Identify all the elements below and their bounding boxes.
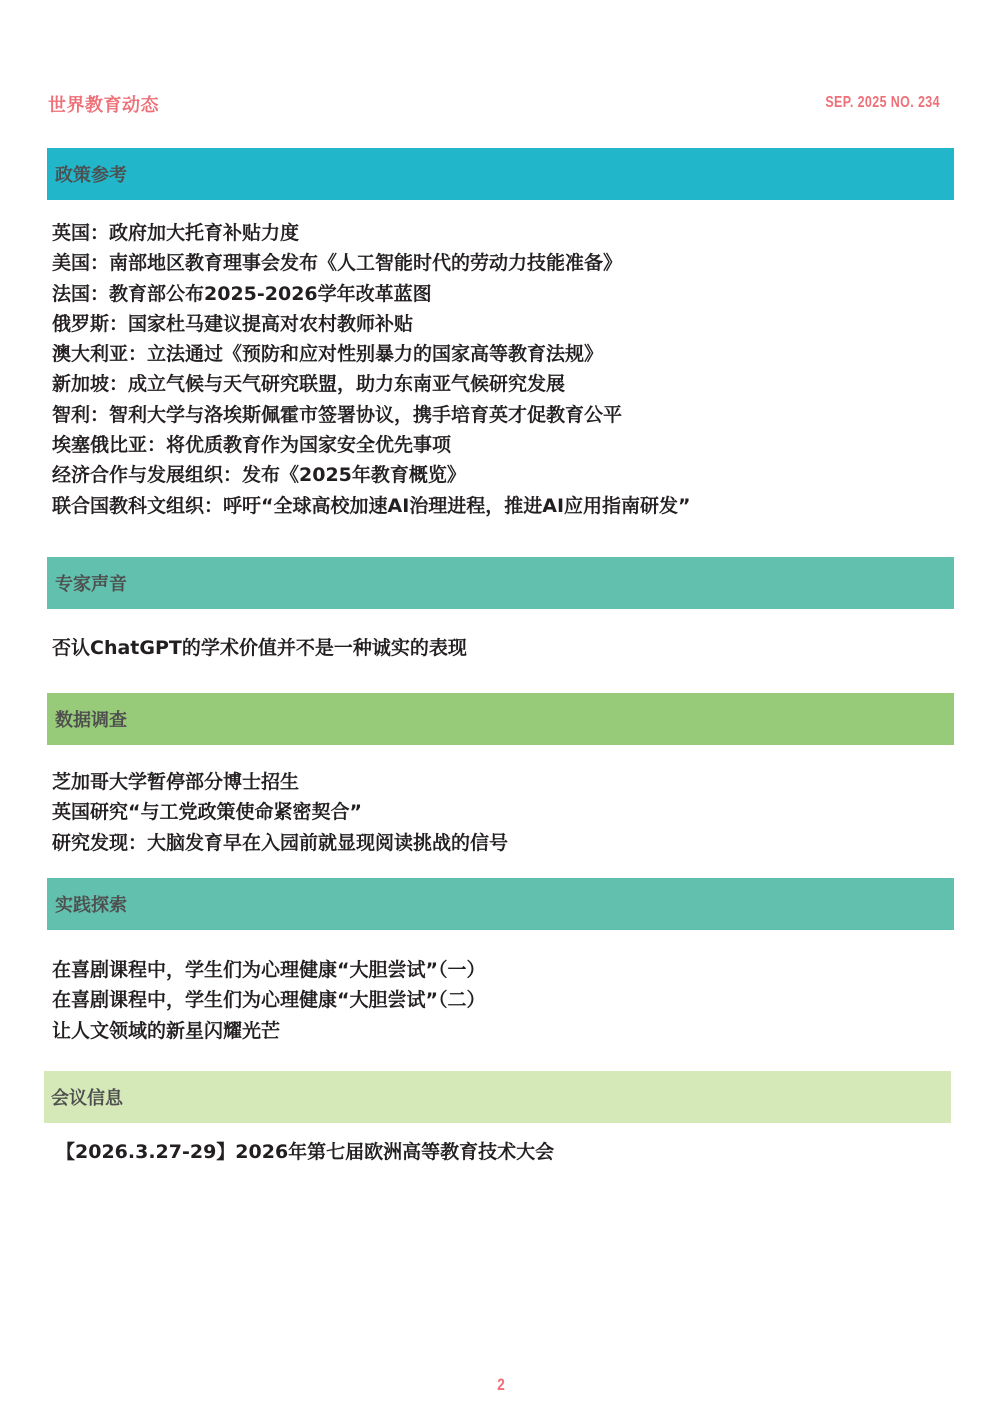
list-item[interactable]: 芝加哥大学暂停部分博士招生 — [52, 767, 508, 797]
list-item[interactable]: 联合国教科文组织：呼吁“全球高校加速AI治理进程，推进AI应用指南研发” — [52, 491, 691, 521]
section-header-practice: 实践探索 — [47, 878, 954, 930]
list-item[interactable]: 埃塞俄比亚：将优质教育作为国家安全优先事项 — [52, 430, 691, 460]
expert-list: 否认ChatGPT的学术价值并不是一种诚实的表现 — [52, 633, 467, 663]
issue-number: SEP. 2025 NO. 234 — [825, 94, 940, 112]
page-number: 2 — [100, 1375, 902, 1395]
list-item[interactable]: 俄罗斯：国家杜马建议提高对农村教师补贴 — [52, 309, 691, 339]
list-item[interactable]: 在喜剧课程中，学生们为心理健康“大胆尝试”（二） — [52, 985, 485, 1015]
section-header-data: 数据调查 — [47, 693, 954, 745]
conference-list: 【2026.3.27-29】2026年第七届欧洲高等教育技术大会 — [56, 1137, 554, 1167]
list-item[interactable]: 智利：智利大学与洛埃斯佩霍市签署协议，携手培育英才促教育公平 — [52, 400, 691, 430]
practice-list: 在喜剧课程中，学生们为心理健康“大胆尝试”（一） 在喜剧课程中，学生们为心理健康… — [52, 955, 485, 1046]
policy-list: 英国：政府加大托育补贴力度 美国：南部地区教育理事会发布《人工智能时代的劳动力技… — [52, 218, 691, 521]
list-item[interactable]: 经济合作与发展组织：发布《2025年教育概览》 — [52, 460, 691, 490]
list-item[interactable]: 美国：南部地区教育理事会发布《人工智能时代的劳动力技能准备》 — [52, 248, 691, 278]
list-item[interactable]: 法国：教育部公布2025-2026学年改革蓝图 — [52, 279, 691, 309]
list-item[interactable]: 研究发现：大脑发育早在入园前就显现阅读挑战的信号 — [52, 828, 508, 858]
list-item[interactable]: 澳大利亚：立法通过《预防和应对性别暴力的国家高等教育法规》 — [52, 339, 691, 369]
section-header-policy: 政策参考 — [47, 148, 954, 200]
list-item[interactable]: 否认ChatGPT的学术价值并不是一种诚实的表现 — [52, 633, 467, 663]
section-title: 专家声音 — [55, 570, 127, 596]
section-title: 数据调查 — [55, 706, 127, 732]
section-title: 会议信息 — [51, 1084, 123, 1110]
section-title: 政策参考 — [55, 161, 127, 187]
section-header-conference: 会议信息 — [44, 1071, 951, 1123]
publication-title: 世界教育动态 — [48, 91, 159, 117]
list-item[interactable]: 在喜剧课程中，学生们为心理健康“大胆尝试”（一） — [52, 955, 485, 985]
section-title: 实践探索 — [55, 891, 127, 917]
list-item[interactable]: 英国：政府加大托育补贴力度 — [52, 218, 691, 248]
section-header-expert: 专家声音 — [47, 557, 954, 609]
list-item[interactable]: 新加坡：成立气候与天气研究联盟，助力东南亚气候研究发展 — [52, 369, 691, 399]
list-item[interactable]: 让人文领域的新星闪耀光芒 — [52, 1016, 485, 1046]
list-item[interactable]: 【2026.3.27-29】2026年第七届欧洲高等教育技术大会 — [56, 1137, 554, 1167]
list-item[interactable]: 英国研究“与工党政策使命紧密契合” — [52, 797, 508, 827]
data-list: 芝加哥大学暂停部分博士招生 英国研究“与工党政策使命紧密契合” 研究发现：大脑发… — [52, 767, 508, 858]
